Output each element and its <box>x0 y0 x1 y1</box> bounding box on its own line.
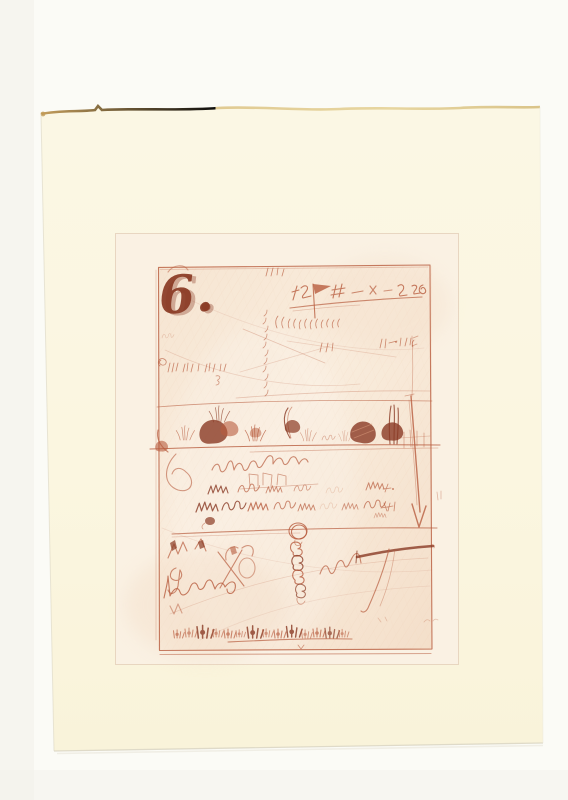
scanned-print: 6. 6. <box>0 0 568 800</box>
plate-impression: 6. 6. <box>116 234 459 665</box>
scan-left-vignette <box>0 0 34 800</box>
tone-patch-bottom-left <box>125 550 285 660</box>
plate-number-text: 6. <box>157 262 215 327</box>
scan-bottom-vignette <box>0 770 568 800</box>
artwork-canvas: 6. 6. <box>0 0 568 800</box>
plate-number: 6. 6. <box>157 262 219 328</box>
plate-number-period-blob <box>202 303 211 311</box>
